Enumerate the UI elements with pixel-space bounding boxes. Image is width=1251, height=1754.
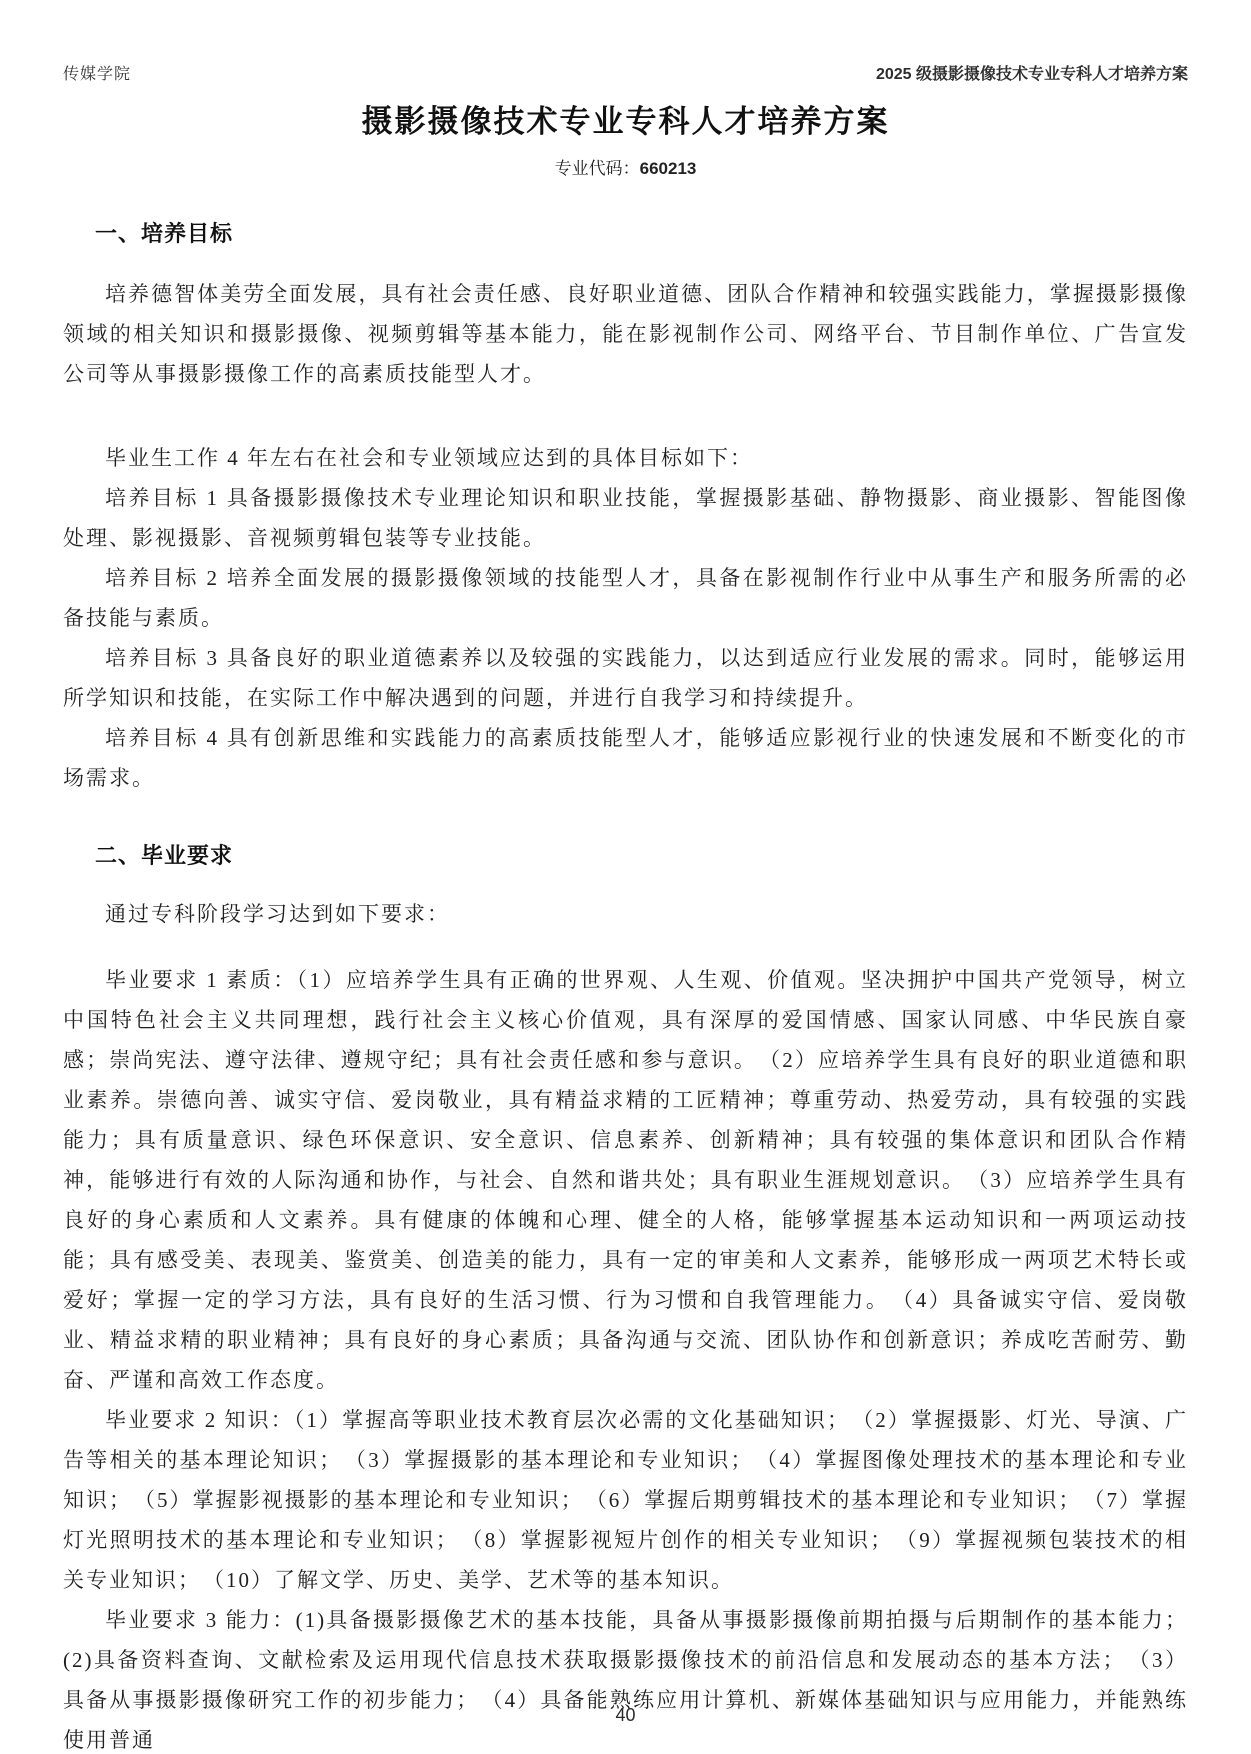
document-page: 传媒学院 2025 级摄影摄像技术专业专科人才培养方案 摄影摄像技术专业专科人才… xyxy=(0,0,1251,1754)
paragraph: 培养目标 2 培养全面发展的摄影摄像领域的技能型人才，具备在影视制作行业中从事生… xyxy=(63,558,1188,638)
major-code-label: 专业代码： xyxy=(555,159,640,178)
document-title: 摄影摄像技术专业专科人才培养方案 xyxy=(63,100,1188,144)
paragraph: 通过专科阶段学习达到如下要求： xyxy=(63,894,1188,934)
paragraph: 培养德智体美劳全面发展，具有社会责任感、良好职业道德、团队合作精神和较强实践能力… xyxy=(63,274,1188,394)
header-right-text: 2025 级摄影摄像技术专业专科人才培养方案 xyxy=(876,64,1188,86)
paragraph: 毕业要求 1 素质：（1）应培养学生具有正确的世界观、人生观、价值观。坚决拥护中… xyxy=(63,960,1188,1400)
header-left-text: 传媒学院 xyxy=(63,64,131,86)
page-number: 40 xyxy=(0,1705,1251,1726)
major-code-value: 660213 xyxy=(640,159,697,178)
paragraph: 培养目标 4 具有创新思维和实践能力的高素质技能型人才，能够适应影视行业的快速发… xyxy=(63,718,1188,798)
paragraph: 培养目标 1 具备摄影摄像技术专业理论知识和职业技能，掌握摄影基础、静物摄影、商… xyxy=(63,478,1188,558)
paragraph: 毕业要求 3 能力：(1)具备摄影摄像艺术的基本技能，具备从事摄影摄像前期拍摄与… xyxy=(63,1600,1188,1754)
paragraph: 毕业生工作 4 年左右在社会和专业领域应达到的具体目标如下： xyxy=(63,438,1188,478)
page-header: 传媒学院 2025 级摄影摄像技术专业专科人才培养方案 xyxy=(63,64,1188,86)
major-code-line: 专业代码：660213 xyxy=(63,156,1188,182)
paragraph: 毕业要求 2 知识：（1）掌握高等职业技术教育层次必需的文化基础知识； （2）掌… xyxy=(63,1400,1188,1600)
paragraph: 培养目标 3 具备良好的职业道德素养以及较强的实践能力，以达到适应行业发展的需求… xyxy=(63,638,1188,718)
section-heading-graduation-requirements: 二、毕业要求 xyxy=(95,840,1188,872)
section-heading-training-objectives: 一、培养目标 xyxy=(95,218,1188,250)
